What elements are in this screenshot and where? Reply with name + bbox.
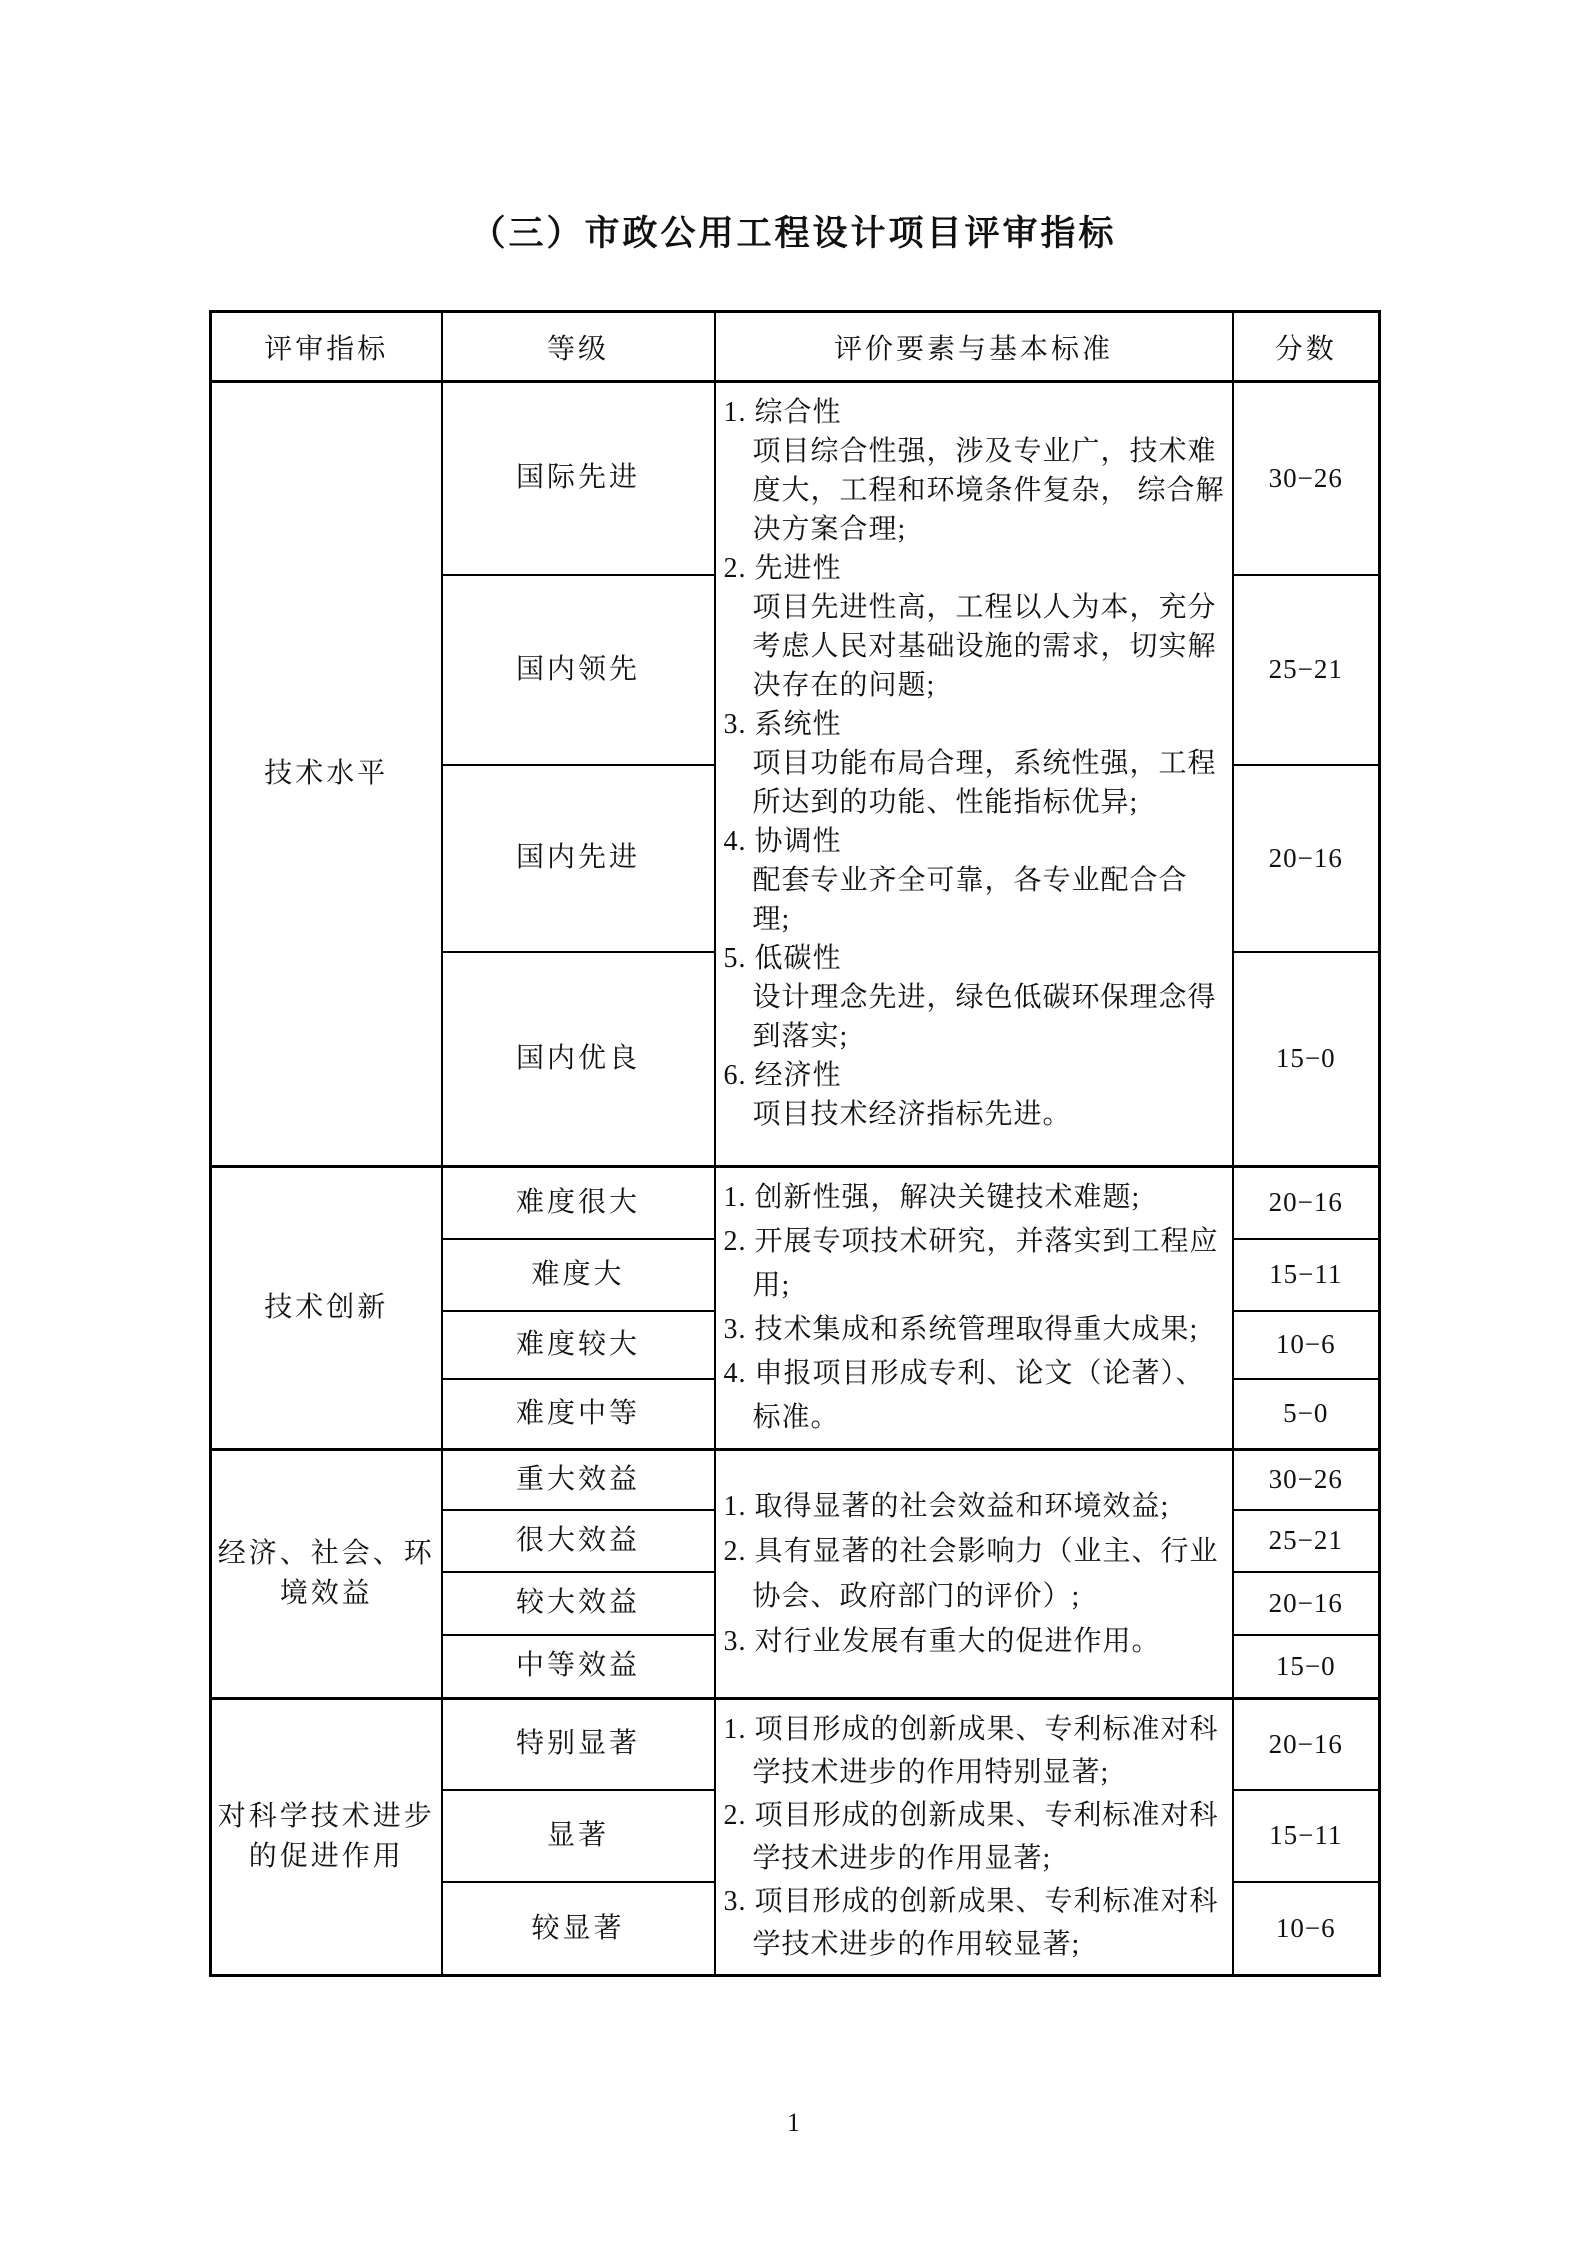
score-cell: 10−6	[1233, 1882, 1380, 1975]
header-cell-indicator: 评审指标	[211, 312, 442, 382]
grade-cell: 显著	[442, 1790, 715, 1882]
grade-cell: 国际先进	[442, 382, 715, 575]
score-cell: 25−21	[1233, 575, 1380, 765]
header-cell-grade: 等级	[442, 312, 715, 382]
score-cell: 30−26	[1233, 382, 1380, 575]
grade-cell: 较大效益	[442, 1572, 715, 1635]
table-row: 技术创新 难度很大 1. 创新性强，解决关键技术难题;2. 开展专项技术研究，并…	[211, 1167, 1380, 1239]
score-cell: 15−11	[1233, 1239, 1380, 1311]
page-title: （三）市政公用工程设计项目评审指标	[0, 210, 1587, 258]
grade-cell: 难度较大	[442, 1311, 715, 1379]
grade-cell: 难度中等	[442, 1379, 715, 1450]
criteria-cell: 1. 综合性项目综合性强，涉及专业广，技术难度大，工程和环境条件复杂， 综合解决…	[715, 382, 1233, 1167]
grade-cell: 国内先进	[442, 765, 715, 952]
criteria-cell: 1. 项目形成的创新成果、专利标准对科学技术进步的作用特别显著;2. 项目形成的…	[715, 1699, 1233, 1976]
grade-cell: 特别显著	[442, 1699, 715, 1790]
indicator-cell-sci-tech-progress: 对科学技术进步的促进作用	[211, 1699, 442, 1976]
score-cell: 20−16	[1233, 1167, 1380, 1239]
table-row: 对科学技术进步的促进作用 特别显著 1. 项目形成的创新成果、专利标准对科学技术…	[211, 1699, 1380, 1790]
grade-cell: 重大效益	[442, 1450, 715, 1510]
table-row: 技术水平 国际先进 1. 综合性项目综合性强，涉及专业广，技术难度大，工程和环境…	[211, 382, 1380, 575]
indicator-cell-tech-innovation: 技术创新	[211, 1167, 442, 1450]
header-cell-score: 分数	[1233, 312, 1380, 382]
grade-cell: 国内领先	[442, 575, 715, 765]
review-criteria-table: 评审指标 等级 评价要素与基本标准 分数 技术水平 国际先进 1. 综合性项目综…	[209, 310, 1381, 1977]
score-cell: 15−11	[1233, 1790, 1380, 1882]
page-number: 1	[0, 2108, 1587, 2138]
score-cell: 15−0	[1233, 1635, 1380, 1699]
header-cell-criteria: 评价要素与基本标准	[715, 312, 1233, 382]
indicator-cell-benefits: 经济、社会、环境效益	[211, 1450, 442, 1699]
table-row: 经济、社会、环境效益 重大效益 1. 取得显著的社会效益和环境效益;2. 具有显…	[211, 1450, 1380, 1510]
score-cell: 30−26	[1233, 1450, 1380, 1510]
grade-cell: 很大效益	[442, 1510, 715, 1572]
indicator-cell-tech-level: 技术水平	[211, 382, 442, 1167]
grade-cell: 难度大	[442, 1239, 715, 1311]
grade-cell: 国内优良	[442, 952, 715, 1167]
score-cell: 25−21	[1233, 1510, 1380, 1572]
score-cell: 20−16	[1233, 1699, 1380, 1790]
grade-cell: 较显著	[442, 1882, 715, 1975]
score-cell: 20−16	[1233, 1572, 1380, 1635]
score-cell: 15−0	[1233, 952, 1380, 1167]
score-cell: 10−6	[1233, 1311, 1380, 1379]
criteria-cell: 1. 创新性强，解决关键技术难题;2. 开展专项技术研究，并落实到工程应用;3.…	[715, 1167, 1233, 1450]
score-cell: 20−16	[1233, 765, 1380, 952]
grade-cell: 难度很大	[442, 1167, 715, 1239]
grade-cell: 中等效益	[442, 1635, 715, 1699]
criteria-cell: 1. 取得显著的社会效益和环境效益;2. 具有显著的社会影响力（业主、行业协会、…	[715, 1450, 1233, 1699]
header-row: 评审指标 等级 评价要素与基本标准 分数	[211, 312, 1380, 382]
score-cell: 5−0	[1233, 1379, 1380, 1450]
